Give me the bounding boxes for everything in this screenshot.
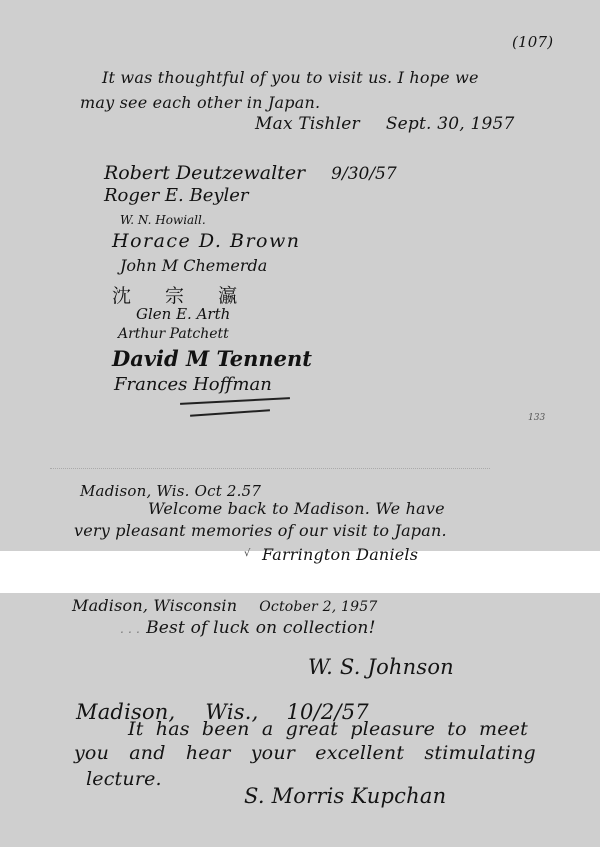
signature-date: 9/30/57 <box>331 164 397 184</box>
note-header: Madison, WisconsinOctober 2, 1957 <box>72 596 377 615</box>
signature: Arthur Patchett <box>118 326 229 342</box>
signature: Frances Hoffman <box>114 374 272 395</box>
note-text: Best of luck on collection! <box>146 618 376 638</box>
signature: W. N. Howiall. <box>120 213 206 227</box>
signature: Farrington Daniels <box>262 545 418 564</box>
note-line: . . .Best of luck on collection! <box>120 618 376 638</box>
page-number: (107) <box>512 33 553 51</box>
signature: David M Tennent <box>112 346 312 371</box>
signature: Robert Deutzewalter9/30/57 <box>104 162 397 184</box>
signature-flourish <box>180 397 290 405</box>
signature: S. Morris Kupchan <box>244 784 446 808</box>
note-line: lecture. <box>86 768 162 790</box>
note-date: October 2, 1957 <box>259 599 377 615</box>
stray-marks: . . . <box>120 622 140 636</box>
signature: Roger E. Beyler <box>104 185 249 206</box>
signature-chinese: 沈 宗 瀛 <box>112 281 251 308</box>
check-mark-icon: √ <box>244 548 250 559</box>
note-place: Madison, Wisconsin <box>72 596 237 615</box>
note-line: may see each other in Japan. <box>80 93 320 112</box>
note-header: Madison, Wis. Oct 2.57 <box>80 482 261 500</box>
signature: Glen E. Arth <box>136 305 230 323</box>
margin-mark: 133 <box>528 413 545 423</box>
signature: Horace D. Brown <box>112 230 300 252</box>
note-line: It was thoughtful of you to visit us. I … <box>102 68 479 87</box>
signature-flourish <box>190 409 270 416</box>
faint-divider <box>50 468 490 469</box>
signature-line: Max TishlerSept. 30, 1957 <box>255 114 515 134</box>
note-line: Welcome back to Madison. We have <box>148 499 445 518</box>
note-date: Sept. 30, 1957 <box>386 114 515 134</box>
signature: W. S. Johnson <box>308 655 454 679</box>
signature-name: Robert Deutzewalter <box>104 162 305 184</box>
note-line: very pleasant memories of our visit to J… <box>74 521 447 540</box>
signature: Max Tishler <box>255 114 360 134</box>
note-line: It has been a great pleasure to meet <box>128 718 528 740</box>
signature: John M Chemerda <box>120 256 267 275</box>
note-line: you and hear your excellent stimulating <box>74 742 536 764</box>
